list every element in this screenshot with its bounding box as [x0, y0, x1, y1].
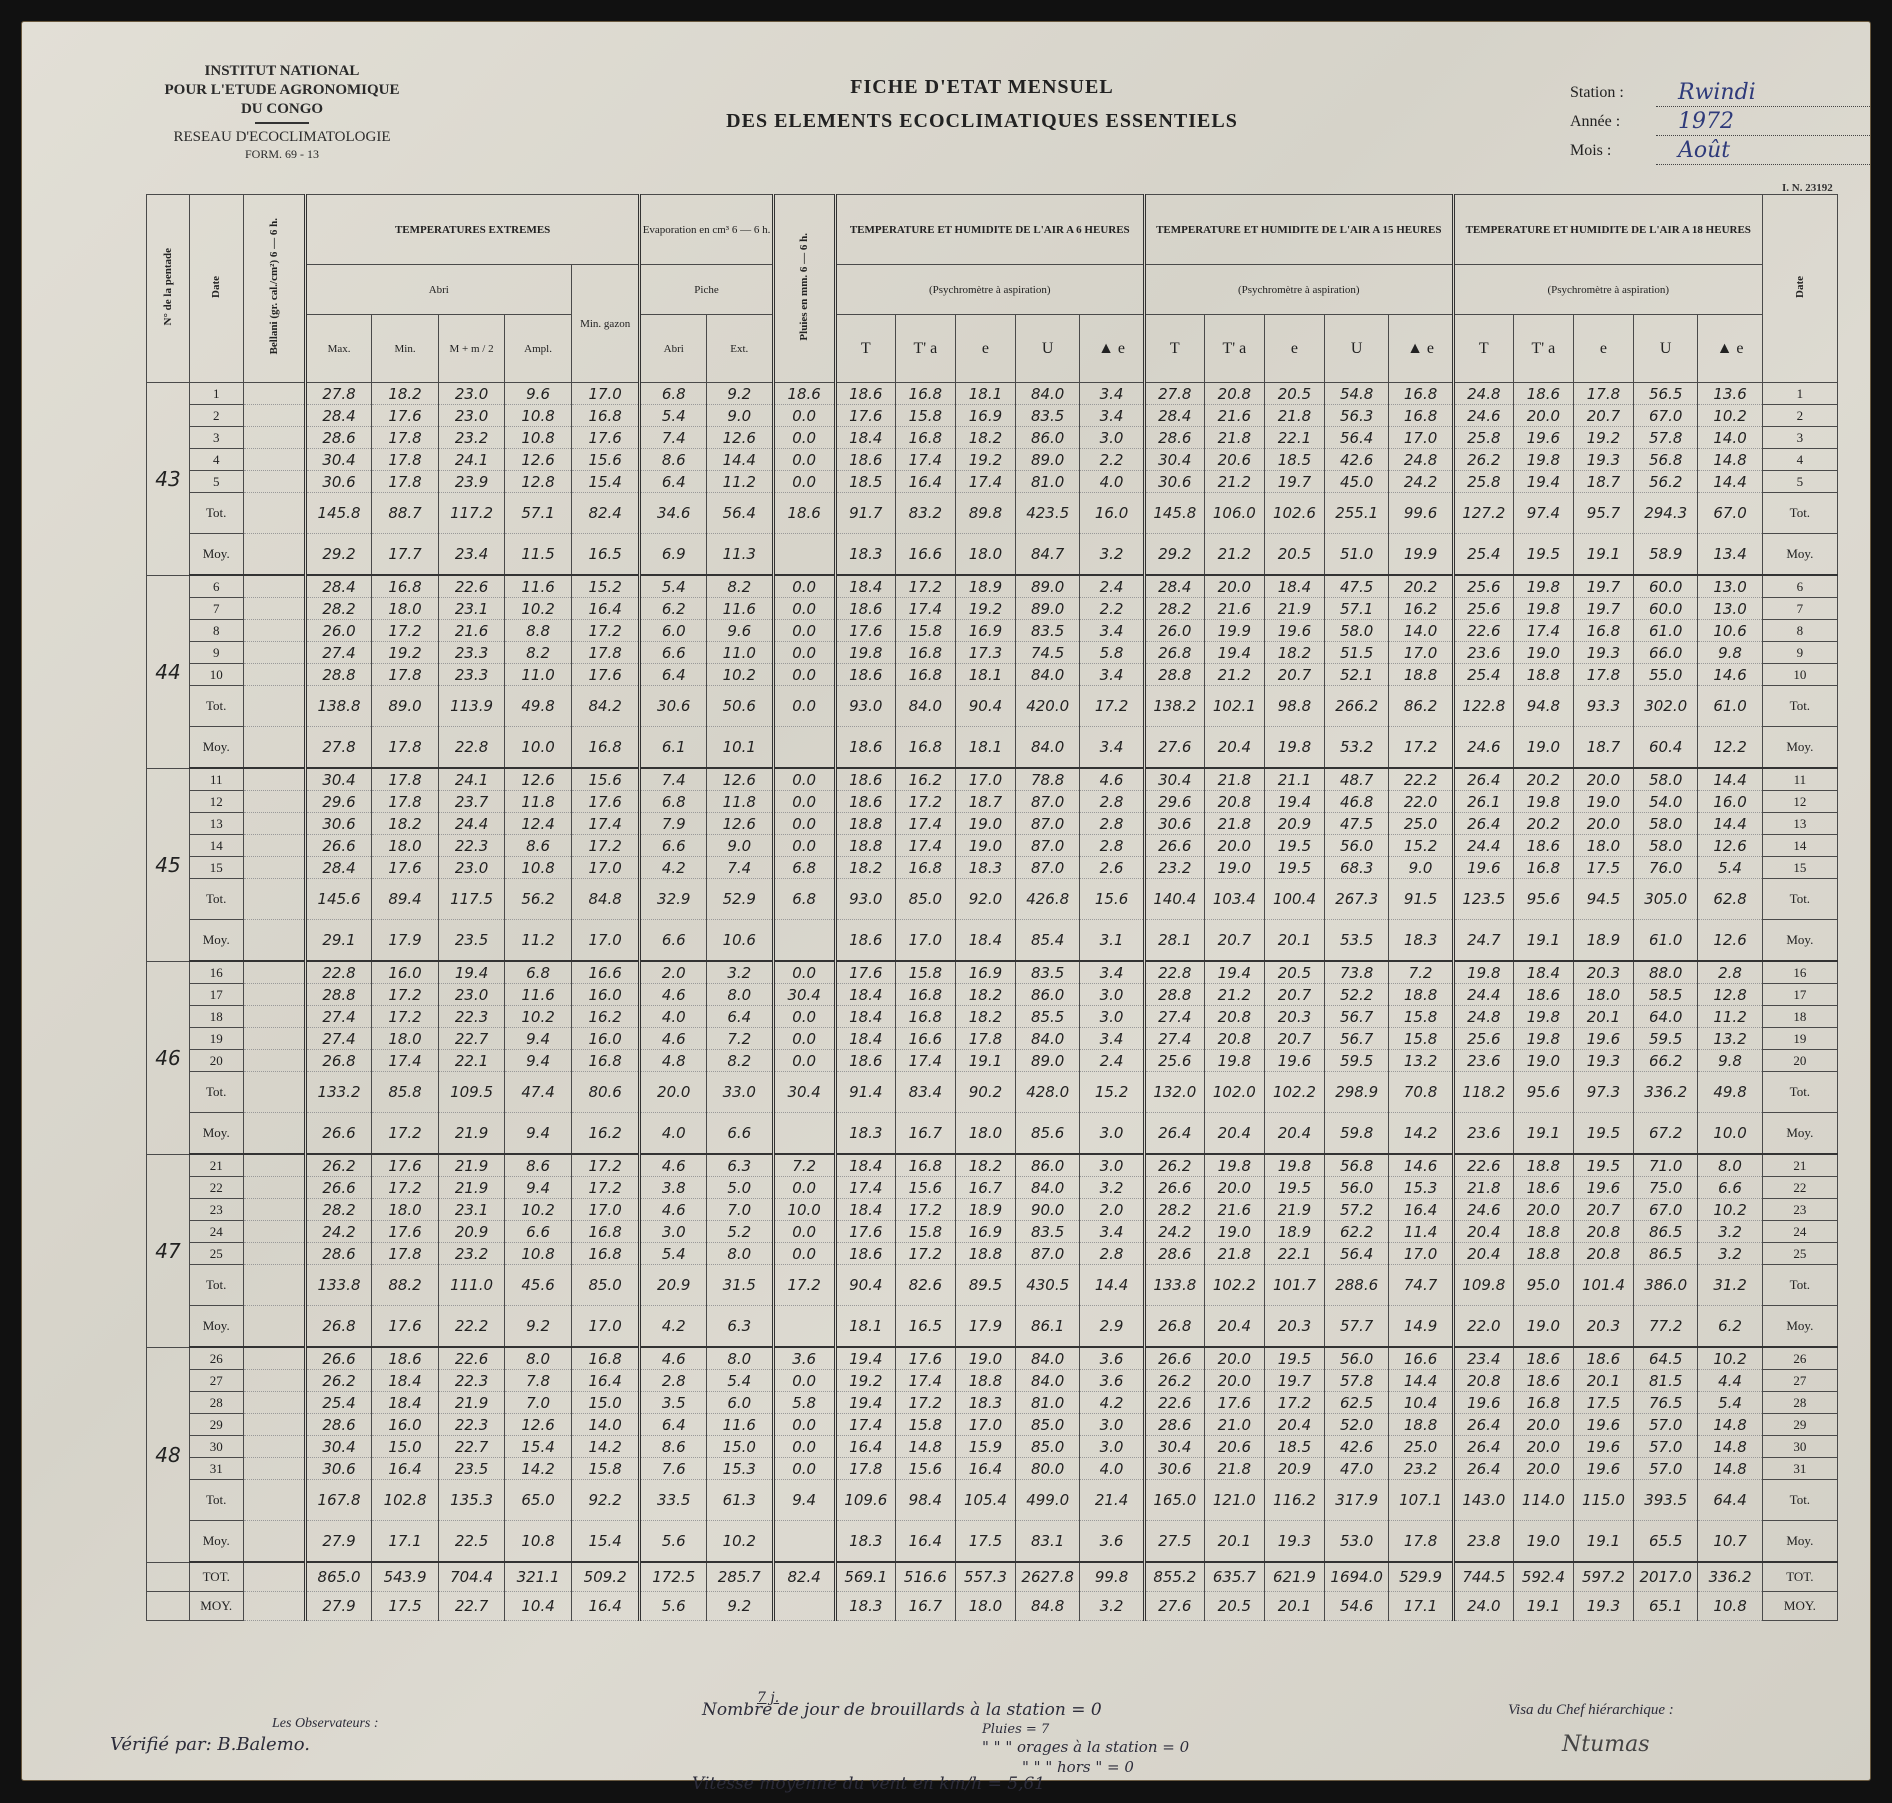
value-cell[interactable]: 19.1 — [1573, 1521, 1633, 1563]
bellani-cell[interactable] — [243, 1113, 305, 1155]
value-cell[interactable] — [773, 534, 835, 576]
value-cell[interactable]: 20.0 — [1513, 1436, 1573, 1458]
value-cell[interactable]: 5.4 — [640, 405, 707, 427]
value-cell[interactable]: 426.8 — [1015, 879, 1079, 920]
value-cell[interactable]: 17.0 — [895, 920, 955, 962]
value-cell[interactable]: 19.0 — [1513, 727, 1573, 769]
value-cell[interactable]: 30.4 — [1144, 1436, 1204, 1458]
value-cell[interactable]: 19.3 — [1573, 642, 1633, 664]
value-cell[interactable]: 18.4 — [1513, 961, 1573, 984]
value-cell[interactable]: 11.5 — [505, 534, 572, 576]
value-cell[interactable]: 6.3 — [707, 1154, 774, 1177]
value-cell[interactable]: 9.0 — [707, 835, 774, 857]
value-cell[interactable]: 19.1 — [1573, 534, 1633, 576]
value-cell[interactable] — [773, 727, 835, 769]
value-cell[interactable]: 17.8 — [571, 642, 640, 664]
bellani-cell[interactable] — [243, 920, 305, 962]
value-cell[interactable]: 19.1 — [955, 1050, 1015, 1072]
value-cell[interactable]: 26.6 — [1144, 1177, 1204, 1199]
value-cell[interactable]: 5.4 — [707, 1370, 774, 1392]
value-cell[interactable]: 85.4 — [1015, 920, 1079, 962]
bellani-cell[interactable] — [243, 1347, 305, 1370]
value-cell[interactable]: 20.3 — [1264, 1006, 1324, 1028]
value-cell[interactable]: 27.4 — [305, 1006, 372, 1028]
value-cell[interactable]: 0.0 — [773, 835, 835, 857]
value-cell[interactable]: 15.3 — [707, 1458, 774, 1480]
value-cell[interactable]: 13.4 — [1698, 534, 1762, 576]
value-cell[interactable]: 30.4 — [305, 1436, 372, 1458]
value-cell[interactable]: 57.0 — [1634, 1436, 1698, 1458]
value-cell[interactable]: 20.0 — [1513, 1414, 1573, 1436]
value-cell[interactable]: 0.0 — [773, 575, 835, 598]
value-cell[interactable]: 20.0 — [1513, 1458, 1573, 1480]
value-cell[interactable]: 19.0 — [1573, 791, 1633, 813]
value-cell[interactable]: 5.4 — [640, 1243, 707, 1265]
value-cell[interactable]: 15.8 — [1389, 1006, 1453, 1028]
value-cell[interactable]: 17.0 — [571, 920, 640, 962]
value-cell[interactable]: 16.7 — [895, 1113, 955, 1155]
value-cell[interactable]: 0.0 — [773, 1458, 835, 1480]
value-cell[interactable]: 19.6 — [1453, 1392, 1513, 1414]
value-cell[interactable]: 22.3 — [438, 835, 505, 857]
value-cell[interactable]: 57.1 — [505, 493, 572, 534]
value-cell[interactable]: 6.6 — [505, 1221, 572, 1243]
value-cell[interactable]: 18.8 — [1389, 664, 1453, 686]
value-cell[interactable]: 18.7 — [1573, 471, 1633, 493]
value-cell[interactable]: 84.8 — [1015, 1592, 1079, 1621]
value-cell[interactable]: 22.0 — [1389, 791, 1453, 813]
value-cell[interactable]: 16.4 — [571, 1370, 640, 1392]
value-cell[interactable]: 64.0 — [1634, 1006, 1698, 1028]
value-cell[interactable]: 28.1 — [1144, 920, 1204, 962]
value-cell[interactable]: 23.0 — [438, 984, 505, 1006]
value-cell[interactable]: 16.4 — [835, 1436, 895, 1458]
value-cell[interactable]: 83.5 — [1015, 620, 1079, 642]
value-cell[interactable]: 10.4 — [505, 1592, 572, 1621]
value-cell[interactable]: 27.9 — [305, 1521, 372, 1563]
value-cell[interactable]: 16.6 — [895, 534, 955, 576]
value-cell[interactable]: 2.0 — [1080, 1199, 1144, 1221]
value-cell[interactable]: 1694.0 — [1324, 1562, 1388, 1592]
value-cell[interactable]: 317.9 — [1324, 1480, 1388, 1521]
value-cell[interactable]: 14.2 — [571, 1436, 640, 1458]
value-cell[interactable]: 135.3 — [438, 1480, 505, 1521]
value-cell[interactable]: 18.6 — [1513, 1177, 1573, 1199]
value-cell[interactable]: 56.0 — [1324, 835, 1388, 857]
value-cell[interactable]: 30.6 — [640, 686, 707, 727]
value-cell[interactable]: 21.2 — [1204, 471, 1264, 493]
value-cell[interactable]: 15.0 — [571, 1392, 640, 1414]
value-cell[interactable]: 84.2 — [571, 686, 640, 727]
value-cell[interactable]: 20.0 — [1204, 835, 1264, 857]
value-cell[interactable]: 3.0 — [1080, 427, 1144, 449]
value-cell[interactable]: 17.2 — [895, 1243, 955, 1265]
value-cell[interactable]: 18.6 — [835, 449, 895, 471]
value-cell[interactable]: 19.0 — [1513, 1050, 1573, 1072]
value-cell[interactable]: 19.8 — [1204, 1050, 1264, 1072]
value-cell[interactable]: 89.0 — [372, 686, 439, 727]
value-cell[interactable]: 321.1 — [505, 1562, 572, 1592]
value-cell[interactable]: 17.4 — [571, 813, 640, 835]
value-cell[interactable]: 4.2 — [1080, 1392, 1144, 1414]
value-cell[interactable]: 18.1 — [955, 383, 1015, 405]
value-cell[interactable]: 17.6 — [835, 405, 895, 427]
value-cell[interactable]: 0.0 — [773, 449, 835, 471]
value-cell[interactable]: 2017.0 — [1634, 1562, 1698, 1592]
value-cell[interactable]: 10.8 — [1698, 1592, 1762, 1621]
value-cell[interactable] — [773, 1306, 835, 1348]
value-cell[interactable]: 16.2 — [1389, 598, 1453, 620]
value-cell[interactable]: 19.0 — [1513, 642, 1573, 664]
value-cell[interactable]: 24.4 — [1453, 835, 1513, 857]
value-cell[interactable]: 16.6 — [1389, 1347, 1453, 1370]
value-cell[interactable]: 17.6 — [835, 1221, 895, 1243]
value-cell[interactable]: 20.0 — [1204, 1347, 1264, 1370]
value-cell[interactable]: 90.0 — [1015, 1199, 1079, 1221]
value-cell[interactable]: 88.0 — [1634, 961, 1698, 984]
value-cell[interactable]: 17.6 — [895, 1347, 955, 1370]
value-cell[interactable]: 6.6 — [640, 920, 707, 962]
bellani-cell[interactable] — [243, 1414, 305, 1436]
value-cell[interactable]: 85.0 — [895, 879, 955, 920]
value-cell[interactable]: 66.2 — [1634, 1050, 1698, 1072]
value-cell[interactable]: 28.2 — [1144, 598, 1204, 620]
value-cell[interactable]: 15.2 — [571, 575, 640, 598]
value-cell[interactable]: 117.5 — [438, 879, 505, 920]
value-cell[interactable]: 84.0 — [1015, 1028, 1079, 1050]
value-cell[interactable]: 56.2 — [505, 879, 572, 920]
value-cell[interactable]: 2.8 — [1080, 791, 1144, 813]
value-cell[interactable]: 19.2 — [955, 449, 1015, 471]
value-cell[interactable]: 18.7 — [955, 791, 1015, 813]
value-cell[interactable]: 18.2 — [1264, 642, 1324, 664]
value-cell[interactable]: 20.5 — [1204, 1592, 1264, 1621]
value-cell[interactable]: 109.5 — [438, 1072, 505, 1113]
value-cell[interactable]: 20.7 — [1264, 1028, 1324, 1050]
value-cell[interactable]: 529.9 — [1389, 1562, 1453, 1592]
value-cell[interactable]: 20.1 — [1264, 920, 1324, 962]
value-cell[interactable]: 19.0 — [955, 813, 1015, 835]
value-cell[interactable]: 22.8 — [1144, 961, 1204, 984]
value-cell[interactable]: 87.0 — [1015, 835, 1079, 857]
value-cell[interactable]: 23.4 — [438, 534, 505, 576]
value-cell[interactable]: 59.5 — [1324, 1050, 1388, 1072]
value-cell[interactable]: 17.8 — [372, 471, 439, 493]
value-cell[interactable]: 21.4 — [1080, 1480, 1144, 1521]
value-cell[interactable]: 58.0 — [1634, 835, 1698, 857]
value-cell[interactable]: 29.1 — [305, 920, 372, 962]
value-cell[interactable]: 114.0 — [1513, 1480, 1573, 1521]
value-cell[interactable]: 22.1 — [1264, 1243, 1324, 1265]
value-cell[interactable]: 17.8 — [372, 1243, 439, 1265]
bellani-cell[interactable] — [243, 1072, 305, 1113]
value-cell[interactable]: 101.4 — [1573, 1265, 1633, 1306]
value-cell[interactable]: 21.8 — [1453, 1177, 1513, 1199]
value-cell[interactable]: 20.8 — [1204, 791, 1264, 813]
value-cell[interactable]: 3.2 — [1080, 534, 1144, 576]
value-cell[interactable]: 56.0 — [1324, 1177, 1388, 1199]
value-cell[interactable]: 18.4 — [835, 1006, 895, 1028]
value-cell[interactable]: 18.6 — [835, 383, 895, 405]
value-cell[interactable]: 9.8 — [1698, 1050, 1762, 1072]
value-cell[interactable]: 18.6 — [835, 1050, 895, 1072]
value-cell[interactable]: 11.2 — [1698, 1006, 1762, 1028]
value-cell[interactable]: 14.6 — [1389, 1154, 1453, 1177]
value-cell[interactable]: 18.6 — [835, 598, 895, 620]
value-cell[interactable]: 47.5 — [1324, 813, 1388, 835]
value-cell[interactable]: 16.4 — [571, 598, 640, 620]
value-cell[interactable]: 6.8 — [773, 879, 835, 920]
value-cell[interactable]: 19.0 — [1204, 857, 1264, 879]
value-cell[interactable]: 22.0 — [1453, 1306, 1513, 1348]
value-cell[interactable]: 621.9 — [1264, 1562, 1324, 1592]
value-cell[interactable]: 25.8 — [1453, 427, 1513, 449]
value-cell[interactable]: 82.6 — [895, 1265, 955, 1306]
value-cell[interactable]: 3.4 — [1080, 620, 1144, 642]
value-cell[interactable]: 19.3 — [1573, 1592, 1633, 1621]
value-cell[interactable]: 17.4 — [372, 1050, 439, 1072]
value-cell[interactable]: 17.0 — [1389, 1243, 1453, 1265]
value-cell[interactable]: 20.4 — [1453, 1243, 1513, 1265]
value-cell[interactable]: 8.0 — [1698, 1154, 1762, 1177]
value-cell[interactable]: 26.2 — [1144, 1370, 1204, 1392]
value-cell[interactable]: 3.2 — [707, 961, 774, 984]
value-cell[interactable]: 19.4 — [835, 1392, 895, 1414]
value-cell[interactable]: 16.4 — [895, 471, 955, 493]
value-cell[interactable]: 19.0 — [1513, 1521, 1573, 1563]
value-cell[interactable]: 27.8 — [1144, 383, 1204, 405]
bellani-cell[interactable] — [243, 493, 305, 534]
value-cell[interactable]: 21.0 — [1204, 1414, 1264, 1436]
value-cell[interactable]: 84.0 — [1015, 727, 1079, 769]
value-cell[interactable]: 20.4 — [1453, 1221, 1513, 1243]
value-cell[interactable]: 18.0 — [372, 835, 439, 857]
value-cell[interactable]: 17.2 — [571, 620, 640, 642]
value-cell[interactable]: 17.4 — [895, 1370, 955, 1392]
value-cell[interactable]: 9.0 — [707, 405, 774, 427]
value-cell[interactable]: 20.3 — [1573, 961, 1633, 984]
value-cell[interactable]: 6.4 — [640, 471, 707, 493]
value-cell[interactable]: 26.6 — [1144, 835, 1204, 857]
value-cell[interactable]: 19.5 — [1573, 1154, 1633, 1177]
value-cell[interactable]: 22.2 — [438, 1306, 505, 1348]
value-cell[interactable]: 17.6 — [571, 791, 640, 813]
value-cell[interactable]: 9.2 — [707, 1592, 774, 1621]
value-cell[interactable]: 25.6 — [1453, 1028, 1513, 1050]
value-cell[interactable]: 18.4 — [835, 1154, 895, 1177]
value-cell[interactable]: 6.0 — [707, 1392, 774, 1414]
value-cell[interactable]: 17.0 — [1389, 427, 1453, 449]
value-cell[interactable]: 59.8 — [1324, 1113, 1388, 1155]
value-cell[interactable]: 28.2 — [305, 1199, 372, 1221]
value-cell[interactable]: 2.8 — [1080, 813, 1144, 835]
value-cell[interactable]: 18.8 — [955, 1243, 1015, 1265]
value-cell[interactable]: 21.2 — [1204, 984, 1264, 1006]
value-cell[interactable]: 0.0 — [773, 961, 835, 984]
value-cell[interactable]: 3.4 — [1080, 727, 1144, 769]
value-cell[interactable]: 267.3 — [1324, 879, 1388, 920]
value-cell[interactable]: 57.0 — [1634, 1458, 1698, 1480]
value-cell[interactable]: 16.8 — [895, 1006, 955, 1028]
value-cell[interactable]: 17.6 — [372, 1306, 439, 1348]
value-cell[interactable]: 20.7 — [1264, 984, 1324, 1006]
value-cell[interactable]: 17.8 — [1573, 664, 1633, 686]
value-cell[interactable]: 14.2 — [1389, 1113, 1453, 1155]
value-cell[interactable]: 2.0 — [640, 961, 707, 984]
value-cell[interactable]: 19.6 — [1573, 1028, 1633, 1050]
value-cell[interactable]: 89.5 — [955, 1265, 1015, 1306]
value-cell[interactable]: 15.8 — [895, 405, 955, 427]
value-cell[interactable]: 20.8 — [1204, 383, 1264, 405]
value-cell[interactable]: 18.1 — [955, 664, 1015, 686]
value-cell[interactable]: 15.2 — [1080, 1072, 1144, 1113]
value-cell[interactable]: 30.6 — [1144, 1458, 1204, 1480]
value-cell[interactable]: 17.8 — [1573, 383, 1633, 405]
value-cell[interactable]: 17.7 — [372, 534, 439, 576]
value-cell[interactable]: 9.2 — [707, 383, 774, 405]
value-cell[interactable]: 93.0 — [835, 686, 895, 727]
value-cell[interactable]: 28.2 — [1144, 1199, 1204, 1221]
value-cell[interactable]: 26.8 — [305, 1050, 372, 1072]
value-cell[interactable]: 4.2 — [640, 1306, 707, 1348]
value-cell[interactable]: 16.7 — [955, 1177, 1015, 1199]
value-cell[interactable]: 83.4 — [895, 1072, 955, 1113]
value-cell[interactable]: 10.2 — [505, 1006, 572, 1028]
bellani-cell[interactable] — [243, 984, 305, 1006]
value-cell[interactable]: 17.2 — [895, 1199, 955, 1221]
value-cell[interactable]: 19.6 — [1573, 1414, 1633, 1436]
value-cell[interactable]: 19.8 — [1513, 598, 1573, 620]
value-cell[interactable]: 133.8 — [1144, 1265, 1204, 1306]
value-cell[interactable]: 430.5 — [1015, 1265, 1079, 1306]
value-cell[interactable]: 20.9 — [640, 1265, 707, 1306]
value-cell[interactable]: 11.0 — [707, 642, 774, 664]
value-cell[interactable]: 23.5 — [438, 920, 505, 962]
value-cell[interactable]: 90.2 — [955, 1072, 1015, 1113]
value-cell[interactable]: 31.5 — [707, 1265, 774, 1306]
value-cell[interactable]: 20.0 — [1573, 813, 1633, 835]
value-cell[interactable]: 0.0 — [773, 791, 835, 813]
value-cell[interactable]: 22.6 — [438, 1347, 505, 1370]
bellani-cell[interactable] — [243, 1392, 305, 1414]
value-cell[interactable]: 42.6 — [1324, 449, 1388, 471]
value-cell[interactable]: 21.6 — [1204, 405, 1264, 427]
bellani-cell[interactable] — [243, 427, 305, 449]
value-cell[interactable]: 4.6 — [640, 1028, 707, 1050]
value-cell[interactable]: 15.8 — [895, 1414, 955, 1436]
value-cell[interactable]: 3.2 — [1080, 1592, 1144, 1621]
value-cell[interactable]: 95.6 — [1513, 879, 1573, 920]
value-cell[interactable]: 18.4 — [372, 1370, 439, 1392]
value-cell[interactable]: 18.0 — [372, 598, 439, 620]
value-cell[interactable]: 20.9 — [1264, 813, 1324, 835]
value-cell[interactable]: 16.8 — [372, 575, 439, 598]
value-cell[interactable]: 21.8 — [1204, 427, 1264, 449]
value-cell[interactable]: 0.0 — [773, 1177, 835, 1199]
value-cell[interactable]: 27.4 — [305, 642, 372, 664]
value-cell[interactable]: 17.2 — [372, 620, 439, 642]
value-cell[interactable]: 93.3 — [1573, 686, 1633, 727]
value-cell[interactable]: 53.5 — [1324, 920, 1388, 962]
value-cell[interactable]: 33.5 — [640, 1480, 707, 1521]
value-cell[interactable]: 8.6 — [640, 449, 707, 471]
value-cell[interactable]: 8.0 — [707, 1347, 774, 1370]
value-cell[interactable]: 2627.8 — [1015, 1562, 1079, 1592]
value-cell[interactable]: 67.0 — [1698, 493, 1762, 534]
value-cell[interactable]: 28.2 — [305, 598, 372, 620]
value-cell[interactable]: 19.6 — [1573, 1177, 1633, 1199]
value-cell[interactable]: 56.3 — [1324, 405, 1388, 427]
value-cell[interactable]: 127.2 — [1453, 493, 1513, 534]
value-cell[interactable]: 17.0 — [571, 857, 640, 879]
value-cell[interactable]: 635.7 — [1204, 1562, 1264, 1592]
value-cell[interactable]: 6.4 — [640, 664, 707, 686]
value-cell[interactable]: 21.2 — [1204, 664, 1264, 686]
value-cell[interactable]: 16.8 — [895, 642, 955, 664]
value-cell[interactable]: 6.9 — [640, 534, 707, 576]
value-cell[interactable]: 20.5 — [1264, 534, 1324, 576]
value-cell[interactable]: 26.4 — [1453, 768, 1513, 791]
value-cell[interactable]: 29.2 — [1144, 534, 1204, 576]
value-cell[interactable]: 21.8 — [1264, 405, 1324, 427]
value-cell[interactable]: 9.4 — [773, 1480, 835, 1521]
value-cell[interactable]: 18.0 — [1573, 835, 1633, 857]
value-cell[interactable]: 57.8 — [1634, 427, 1698, 449]
value-cell[interactable]: 89.0 — [1015, 449, 1079, 471]
value-cell[interactable]: 28.8 — [305, 664, 372, 686]
value-cell[interactable]: 26.6 — [1144, 1347, 1204, 1370]
value-cell[interactable]: 16.9 — [955, 1221, 1015, 1243]
value-cell[interactable]: 9.4 — [505, 1177, 572, 1199]
value-cell[interactable]: 20.1 — [1264, 1592, 1324, 1621]
value-cell[interactable]: 56.7 — [1324, 1028, 1388, 1050]
value-cell[interactable]: 21.1 — [1264, 768, 1324, 791]
value-cell[interactable]: 22.3 — [438, 1414, 505, 1436]
value-cell[interactable]: 86.5 — [1634, 1221, 1698, 1243]
value-cell[interactable]: 77.2 — [1634, 1306, 1698, 1348]
value-cell[interactable] — [773, 1113, 835, 1155]
value-cell[interactable]: 19.5 — [1513, 534, 1573, 576]
value-cell[interactable]: 167.8 — [305, 1480, 372, 1521]
value-cell[interactable]: 704.4 — [438, 1562, 505, 1592]
value-cell[interactable]: 18.6 — [835, 727, 895, 769]
value-cell[interactable]: 56.2 — [1634, 471, 1698, 493]
value-cell[interactable]: 305.0 — [1634, 879, 1698, 920]
value-cell[interactable]: 11.6 — [505, 984, 572, 1006]
value-cell[interactable]: 8.6 — [505, 835, 572, 857]
value-cell[interactable]: 15.6 — [571, 449, 640, 471]
value-cell[interactable]: 285.7 — [707, 1562, 774, 1592]
value-cell[interactable]: 8.2 — [707, 575, 774, 598]
value-cell[interactable]: 0.0 — [773, 1414, 835, 1436]
value-cell[interactable]: 19.8 — [1264, 727, 1324, 769]
value-cell[interactable]: 26.2 — [1453, 449, 1513, 471]
value-cell[interactable]: 17.0 — [955, 768, 1015, 791]
value-cell[interactable]: 8.8 — [505, 620, 572, 642]
value-cell[interactable]: 11.2 — [707, 471, 774, 493]
value-cell[interactable]: 509.2 — [571, 1562, 640, 1592]
value-cell[interactable]: 33.0 — [707, 1072, 774, 1113]
value-cell[interactable]: 19.7 — [1573, 598, 1633, 620]
value-cell[interactable]: 13.0 — [1698, 598, 1762, 620]
value-cell[interactable]: 123.5 — [1453, 879, 1513, 920]
value-cell[interactable]: 12.6 — [505, 449, 572, 471]
value-cell[interactable]: 25.4 — [1453, 534, 1513, 576]
value-cell[interactable]: 5.0 — [707, 1177, 774, 1199]
value-cell[interactable]: 20.0 — [1513, 405, 1573, 427]
value-cell[interactable]: 26.0 — [305, 620, 372, 642]
value-cell[interactable]: 12.4 — [505, 813, 572, 835]
